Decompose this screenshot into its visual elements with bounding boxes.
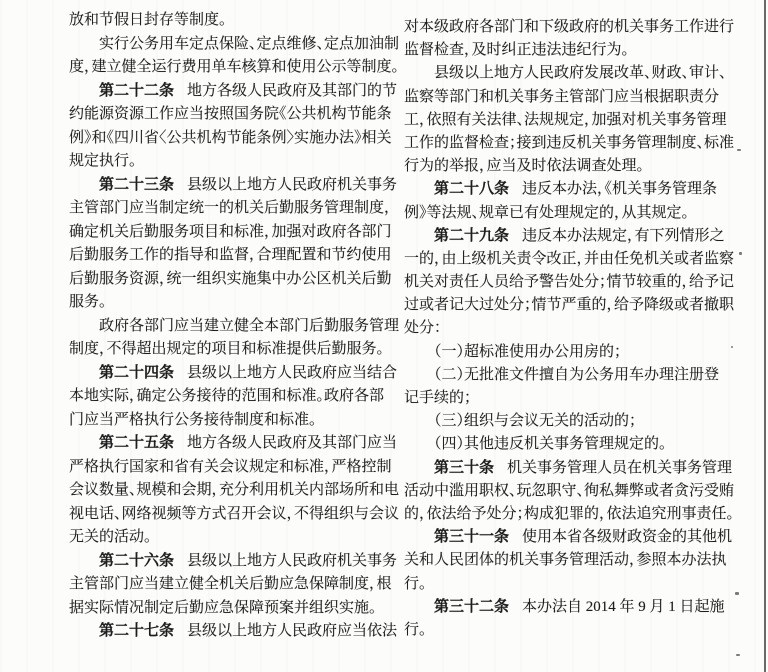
text-line: 工作的监督检查；接到违反机关事务管理制度、标准 [404, 132, 734, 155]
article-number: 第二十八条 [434, 181, 509, 197]
text-line: 的，依法给予处分；构成犯罪的，依法追究刑事责任。 [404, 503, 734, 526]
text-line: 实行公务用车定点保险、定点维修、定点加油制 [69, 33, 399, 57]
text-line: 监督检查，及时纠正违法违纪行为。 [404, 39, 734, 62]
text-line: 约能源资源工作应当按照国务院《公共机构节能条 [69, 103, 399, 127]
text-line: 放和节假日封存等制度。 [69, 9, 399, 33]
text-line: 第二十八条违反本办法，《机关事务管理条 [404, 178, 734, 201]
text-line: 后勤服务资源，统一组织实施集中办公区机关后勤 [69, 268, 399, 292]
article-number: 第二十六条 [99, 553, 174, 569]
text-line: 政府各部门应当建立健全本部门后勤服务管理 [69, 315, 399, 339]
scan-speck [735, 592, 739, 595]
text-line: 第二十四条县级以上地方人民政府应当结合 [69, 362, 399, 386]
text-line: 度，建立健全运行费用单车核算和使用公示等制度。 [69, 56, 399, 80]
scan-speck [737, 149, 741, 151]
article-number: 第二十四条 [99, 365, 174, 381]
text-line: 确定机关后勤服务项目和标准，加强对政府各部门 [69, 221, 399, 245]
article-number: 第二十五条 [99, 435, 174, 451]
scan-speck [731, 346, 733, 348]
article-number: 第二十二条 [99, 83, 174, 99]
text-line: （三）组织与会议无关的活动的； [404, 410, 734, 433]
text-line: 主管部门应当建立健全机关后勤应急保障制度，根 [69, 573, 399, 597]
article-number: 第二十三条 [99, 177, 174, 193]
text-line: 一的，由上级机关责令改正，并由任免机关或者监察 [404, 248, 734, 271]
article-number: 第二十七条 [99, 623, 174, 639]
text-line: 例》和《四川省〈公共机构节能条例〉实施办法》相关 [69, 127, 399, 151]
text-line: 工，依照有关法律、法规规定，加强对机关事务管理 [404, 109, 734, 132]
text-line: 制度，不得超出规定的项目和标准提供后勤服务。 [69, 338, 399, 362]
text-line: 活动中滥用职权、玩忽职守、徇私舞弊或者贪污受贿 [404, 480, 734, 503]
text-line: 第二十三条县级以上地方人民政府机关事务 [69, 174, 399, 198]
article-number: 第三十二条 [434, 599, 509, 615]
text-line: 第三十二条本办法自 2014 年 9 月 1 日起施 [404, 596, 734, 619]
left-column: 放和节假日封存等制度。实行公务用车定点保险、定点维修、定点加油制度，建立健全运行… [69, 9, 399, 644]
article-number: 第三十条 [434, 460, 494, 476]
text-line: （一）超标准使用办公用房的； [404, 341, 734, 364]
text-line: 机关对责任人员给予警告处分；情节较重的，给予记 [404, 271, 734, 294]
text-line: 第三十一条使用本省各级财政资金的其他机 [404, 526, 734, 549]
text-line: 行。 [404, 619, 734, 642]
text-line: 第二十二条地方各级人民政府及其部门的节 [69, 80, 399, 104]
scan-speck [739, 252, 742, 255]
text-line: 后勤服务工作的指导和监督，合理配置和节约使用 [69, 244, 399, 268]
text-line: 监察等部门和机关事务主管部门应当根据职责分 [404, 86, 734, 109]
text-line: 第二十九条违反本办法规定，有下列情形之 [404, 225, 734, 248]
text-line: 第三十条机关事务管理人员在机关事务管理 [404, 457, 734, 480]
text-line: 行。 [404, 573, 734, 596]
text-line: 第二十六条县级以上地方人民政府机关事务 [69, 550, 399, 574]
text-line: 门应当严格执行公务接待制度和标准。 [69, 409, 399, 433]
text-line: 县级以上地方人民政府发展改革、财政、审计、 [404, 62, 734, 85]
text-line: 主管部门应当制定统一的机关后勤服务管理制度， [69, 197, 399, 221]
text-line: 严格执行国家和省有关会议规定和标准，严格控制 [69, 456, 399, 480]
scan-speck [736, 654, 740, 656]
article-number: 第三十一条 [434, 529, 509, 545]
text-line: 会议数量、规模和会期，充分利用机关内部场所和电 [69, 479, 399, 503]
text-line: 行为的举报，应当及时依法调查处理。 [404, 155, 734, 178]
text-line: 本地实际，确定公务接待的范围和标准。政府各部 [69, 385, 399, 409]
scanned-document-page: 放和节假日封存等制度。实行公务用车定点保险、定点维修、定点加油制度，建立健全运行… [0, 0, 768, 672]
text-line: 无关的活动。 [69, 526, 399, 550]
page-edge-line [764, 0, 766, 672]
article-number: 第二十九条 [434, 228, 509, 244]
text-line: 过或者记大过处分；情节严重的，给予降级或者撤职 [404, 294, 734, 317]
text-line: 据实际情况制定后勤应急保障预案并组织实施。 [69, 597, 399, 621]
text-line: 例》等法规、规章已有处理规定的，从其规定。 [404, 202, 734, 225]
text-line: 处分： [404, 317, 734, 340]
text-line: 视电话、网络视频等方式召开会议，不得组织与会议 [69, 503, 399, 527]
right-column: 对本级政府各部门和下级政府的机关事务工作进行监督检查，及时纠正违法违纪行为。县级… [404, 16, 734, 642]
text-line: 服务。 [69, 291, 399, 315]
text-line: （二）无批准文件擅自为公务用车办理注册登 [404, 364, 734, 387]
text-line: 对本级政府各部门和下级政府的机关事务工作进行 [404, 16, 734, 39]
text-line: 第二十五条地方各级人民政府及其部门应当 [69, 432, 399, 456]
text-line: 规定执行。 [69, 150, 399, 174]
text-line: 记手续的； [404, 387, 734, 410]
text-line: 关和人民团体的机关事务管理活动，参照本办法执 [404, 549, 734, 572]
text-line: 第二十七条县级以上地方人民政府应当依法 [69, 620, 399, 644]
text-line: （四）其他违反机关事务管理规定的。 [404, 433, 734, 456]
